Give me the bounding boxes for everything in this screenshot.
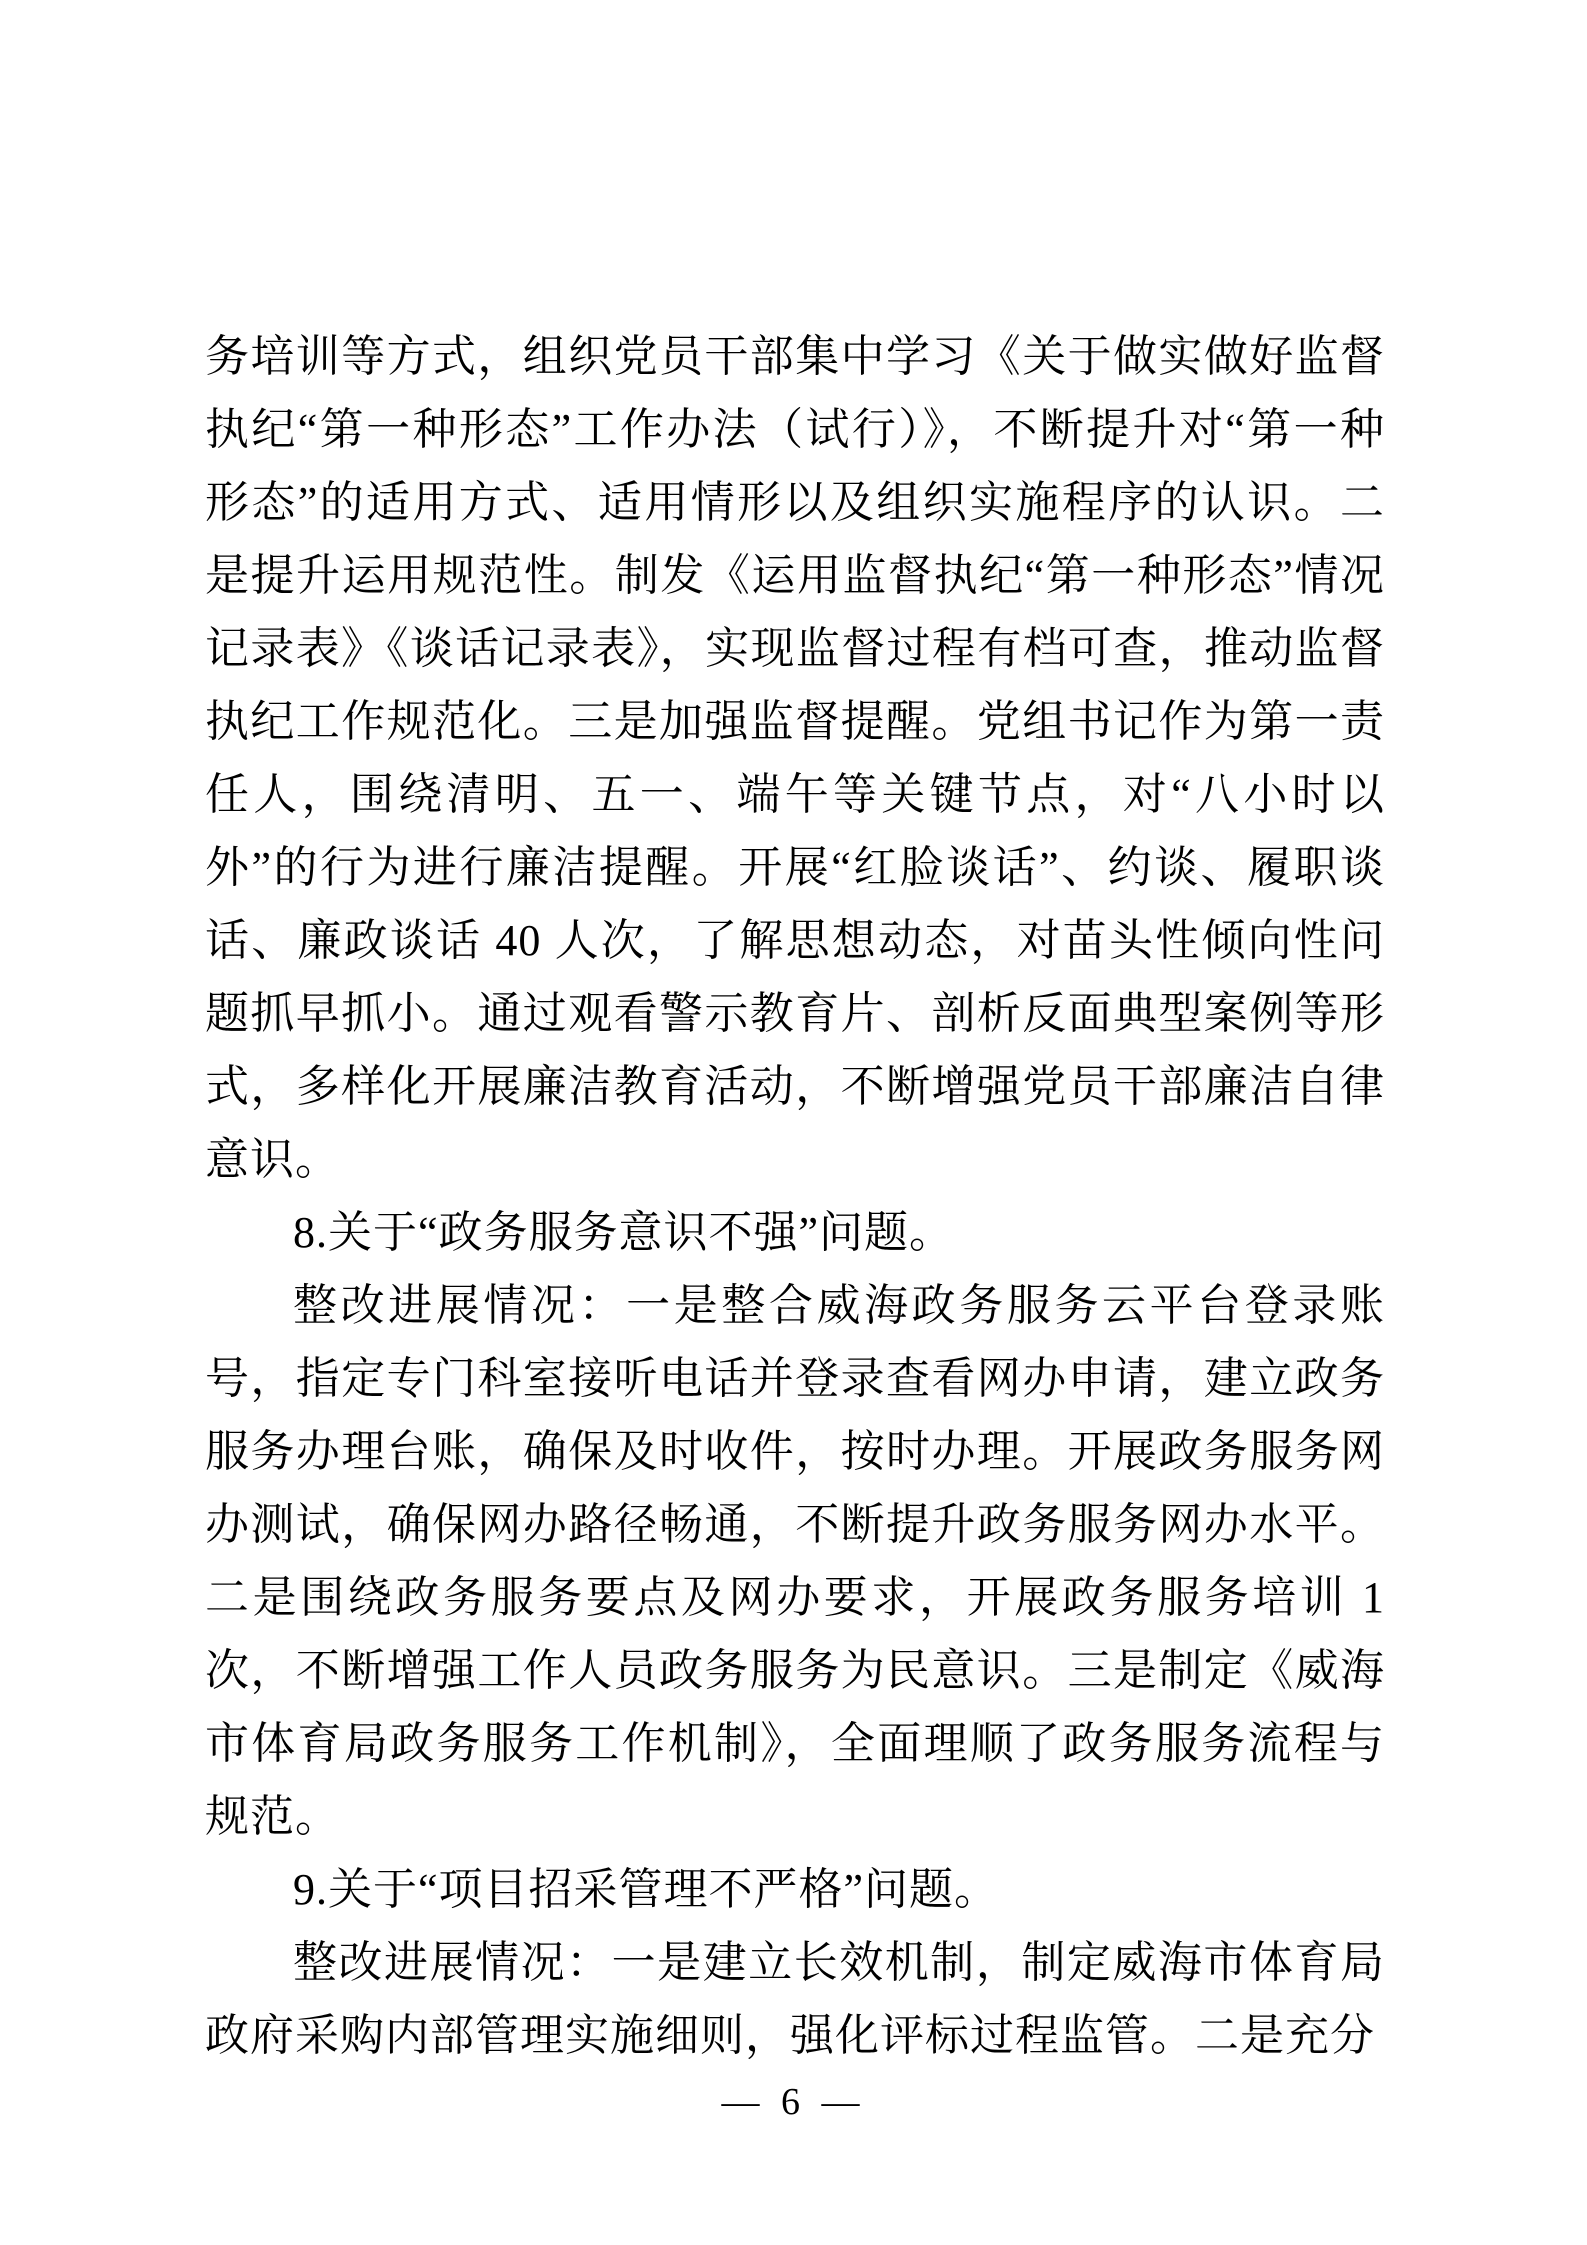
issue-heading-8: 8.关于“政务服务意识不强”问题。	[205, 1196, 1385, 1269]
issue-heading-9: 9.关于“项目招采管理不严格”问题。	[205, 1853, 1385, 1926]
page-number: — 6 —	[0, 2078, 1587, 2126]
document-body: 务培训等方式，组织党员干部集中学习《关于做实做好监督执纪“第一种形态”工作办法（…	[205, 320, 1385, 2072]
document-page: 务培训等方式，组织党员干部集中学习《关于做实做好监督执纪“第一种形态”工作办法（…	[0, 0, 1587, 2245]
body-paragraph-continued: 务培训等方式，组织党员干部集中学习《关于做实做好监督执纪“第一种形态”工作办法（…	[205, 320, 1385, 1196]
rectification-paragraph-9: 整改进展情况：一是建立长效机制，制定威海市体育局政府采购内部管理实施细则，强化评…	[205, 1926, 1385, 2072]
rectification-paragraph-8: 整改进展情况：一是整合威海政务服务云平台登录账号，指定专门科室接听电话并登录查看…	[205, 1269, 1385, 1853]
